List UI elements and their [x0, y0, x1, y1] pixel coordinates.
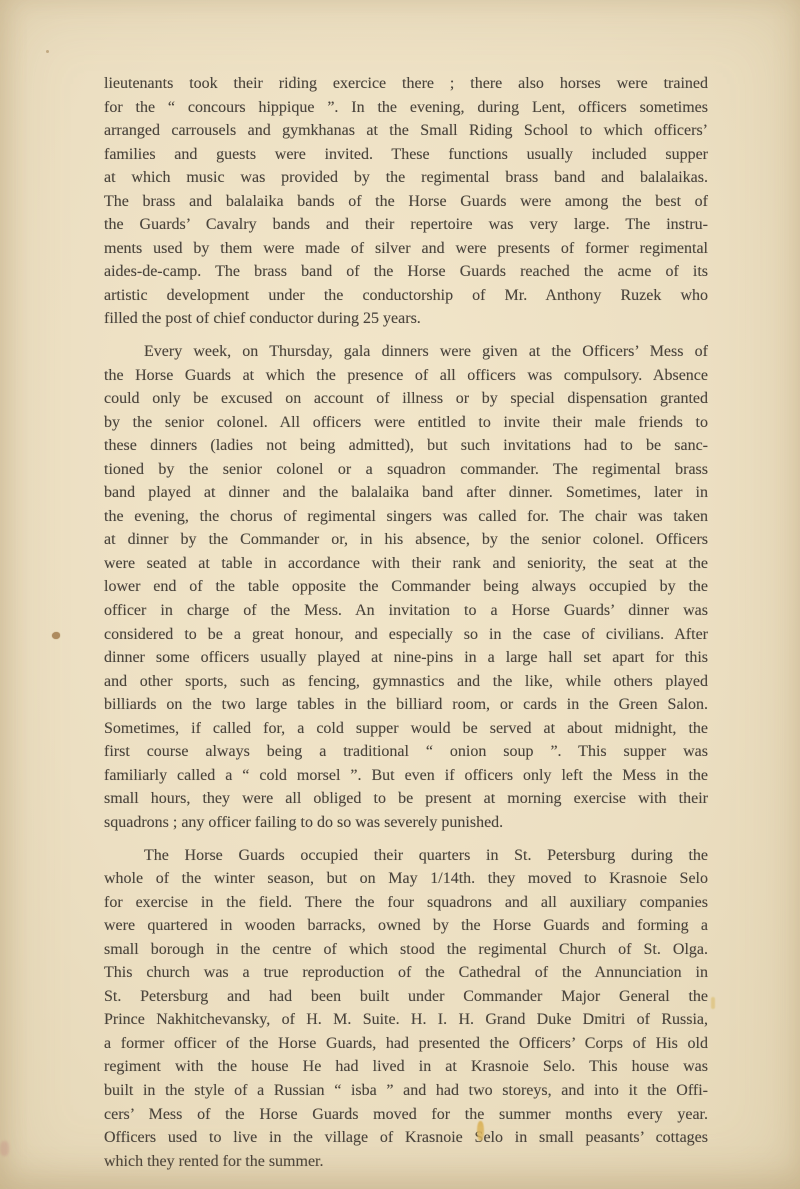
text-line: ments used by them were made of silver a… — [104, 237, 708, 261]
text-line: and other sports, such as fencing, gymna… — [104, 670, 708, 694]
text-line: dinner some officers usually played at n… — [104, 646, 708, 670]
text-line: aides-de-camp. The brass band of the Hor… — [104, 260, 708, 284]
text-line: band played at dinner and the balalaika … — [104, 481, 708, 505]
text-line: filled the post of chief conductor durin… — [104, 307, 708, 331]
text-line: Prince Nakhitchevansky, of H. M. Suite. … — [104, 1008, 708, 1032]
text-line: artistic development under the conductor… — [104, 284, 708, 308]
text-line: by the senior colonel. All officers were… — [104, 411, 708, 435]
text-line: arranged carrousels and gymkhanas at the… — [104, 119, 708, 143]
text-line: The brass and balalaika bands of the Hor… — [104, 190, 708, 214]
text-line: these dinners (ladies not being admitted… — [104, 434, 708, 458]
text-line: considered to be a great honour, and esp… — [104, 623, 708, 647]
paragraph: Every week, on Thursday, gala dinners we… — [104, 340, 708, 834]
text-line: for the “ concours hippique ”. In the ev… — [104, 96, 708, 120]
text-line: familiarly called a “ cold morsel ”. But… — [104, 764, 708, 788]
text-line: whole of the winter season, but on May 1… — [104, 867, 708, 891]
text-line: were quartered in wooden barracks, owned… — [104, 914, 708, 938]
paper-stain — [711, 997, 715, 1009]
text-line: could only be excused on account of illn… — [104, 387, 708, 411]
text-line: officer in charge of the Mess. An invita… — [104, 599, 708, 623]
text-line: the Horse Guards at which the presence o… — [104, 364, 708, 388]
text-line: lieutenants took their riding exercice t… — [104, 72, 708, 96]
text-line: the Guards’ Cavalry bands and their repe… — [104, 213, 708, 237]
paper-speck — [52, 632, 60, 639]
text-line: for exercise in the field. There the fou… — [104, 891, 708, 915]
text-line: first course always being a traditional … — [104, 740, 708, 764]
text-line: at which music was provided by the regim… — [104, 166, 708, 190]
text-line: billiards on the two large tables in the… — [104, 693, 708, 717]
text-line: Sometimes, if called for, a cold supper … — [104, 717, 708, 741]
text-line: built in the style of a Russian “ isba ”… — [104, 1079, 708, 1103]
text-line: were seated at table in accordance with … — [104, 552, 708, 576]
text-line: squadrons ; any officer failing to do so… — [104, 811, 708, 835]
text-line: lower end of the table opposite the Comm… — [104, 575, 708, 599]
text-line: small hours, they were all obliged to be… — [104, 787, 708, 811]
text-line: The Horse Guards occupied their quarters… — [104, 844, 708, 868]
text-line: Officers used to live in the village of … — [104, 1126, 708, 1150]
text-line: Every week, on Thursday, gala dinners we… — [104, 340, 708, 364]
text-line: a former officer of the Horse Guards, ha… — [104, 1032, 708, 1056]
paragraph: The Horse Guards occupied their quarters… — [104, 844, 708, 1174]
text-block: lieutenants took their riding exercice t… — [104, 72, 708, 1182]
paper-speck — [46, 50, 49, 53]
paragraph: lieutenants took their riding exercice t… — [104, 72, 708, 331]
text-line: the evening, the chorus of regimental si… — [104, 505, 708, 529]
text-line: small borough in the centre of which sto… — [104, 938, 708, 962]
paper-smudge — [0, 1141, 9, 1156]
text-line: families and guests were invited. These … — [104, 143, 708, 167]
text-line: regiment with the house He had lived in … — [104, 1055, 708, 1079]
text-line: cers’ Mess of the Horse Guards moved for… — [104, 1103, 708, 1127]
text-line: which they rented for the summer. — [104, 1150, 708, 1174]
scanned-book-page: lieutenants took their riding exercice t… — [0, 0, 800, 1189]
text-line: at dinner by the Commander or, in his ab… — [104, 528, 708, 552]
text-line: This church was a true reproduction of t… — [104, 961, 708, 985]
text-line: tioned by the senior colonel or a squadr… — [104, 458, 708, 482]
text-line: St. Petersburg and had been built under … — [104, 985, 708, 1009]
